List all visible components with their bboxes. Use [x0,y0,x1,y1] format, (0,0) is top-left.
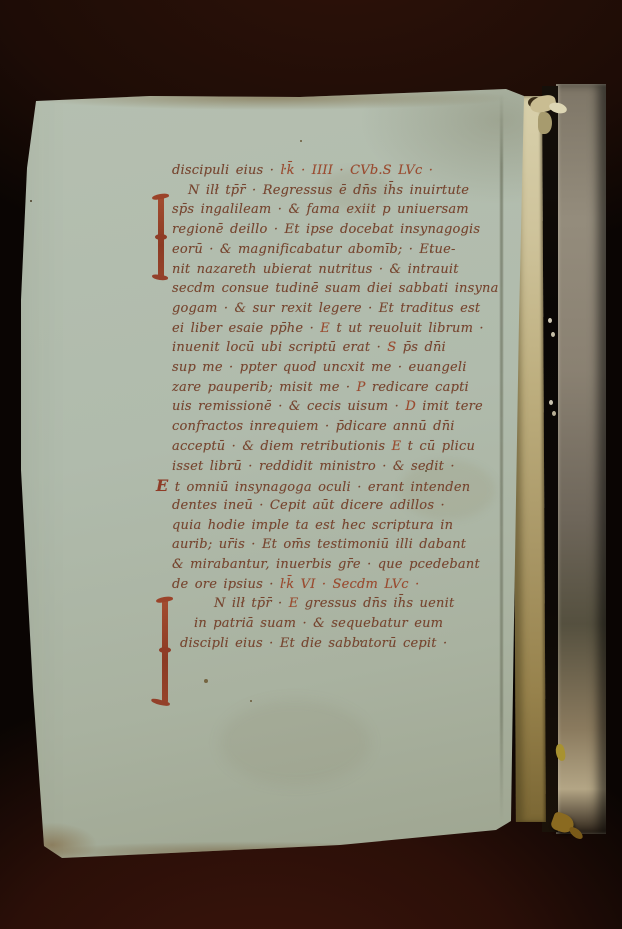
text-segment: ei liber esaie pp̄he · [172,321,320,336]
initial-serif-bottom [152,274,169,281]
binding-stitches [548,318,552,323]
text-segment: confractos inrequiem · p̄dicare annū dn̄… [172,419,455,434]
page-stain [220,700,370,785]
manuscript-line: aurib; ur̄is · Et om̄s testimoniū illi d… [172,536,466,553]
text-segment: & mirabantur, inuerbis gr̄e · que pcedeb… [172,557,480,572]
initial-knot [159,647,171,653]
manuscript-line: quia hodie imple ta est hec scriptura in [172,517,453,534]
manuscript-line: in patriā suam · & sequebatur eum [194,615,443,632]
manuscript-line: regionē deillo · Et ipse docebat insynag… [172,221,480,238]
manuscript-line: E t omniū insynagoga oculi · erant inten… [156,477,470,496]
manuscript-line: N ilł tp̄r̄ · Regressus ē dn̄s ih̄s inui… [188,182,469,199]
text-segment: inuenit locū ubi scriptū erat · [172,340,387,355]
text-segment: secdm consue tudinē suam diei sabbati in… [172,281,499,296]
book-cover-edge [556,84,606,834]
manuscript-line: gogam · & sur rexit legere · Et traditus… [172,300,480,317]
manuscript-line: secdm consue tudinē suam diei sabbati in… [172,280,499,297]
manuscript-line: sup me · ppter quod uncxit me · euangeli [172,359,467,376]
manuscript-line: discipuli eius · ŀk̄ · IIII · CVb.S LVc … [172,162,433,179]
text-segment: p̄s dn̄i [396,340,446,355]
text-segment: gressus dn̄s ih̄s uenit [298,596,454,611]
manuscript-line: nit nazareth ubierat nutritus · & intrau… [172,261,459,278]
text-segment: N ilł tp̄r̄ · [214,596,289,611]
initial-knot [155,234,167,240]
manuscript-line: dentes ineū · Cepit aūt dicere adillos · [172,497,445,514]
text-segment: imit tere [416,399,483,414]
text-segment: regionē deillo · Et ipse docebat insynag… [172,222,480,237]
rubric-segment: ŀk̄ · IIII · CVb.S LVc · [280,163,433,178]
rubric-segment: E [156,476,168,495]
manuscript-line: sp̄s ingalileam · & fama exiit p uniuers… [172,201,469,218]
text-segment: redicare capti [366,380,469,395]
rubric-segment: P [357,380,366,395]
text-segment: t cū plicu [401,439,475,454]
text-segment: zare pauperib; misit me · [172,380,357,395]
text-segment: discipuli eius · [172,163,280,178]
manuscript-line: acceptū · & diem retributionis E t cū pl… [172,438,475,455]
manuscript-line: de ore ipsius · ŀk̄ VI · Secdm LVc · [172,576,419,593]
text-segment: quia hodie imple ta est hec scriptura in [172,518,453,533]
rubric-segment: D [405,399,416,414]
initial-letter-I-first [156,196,166,278]
text-segment: sup me · ppter quod uncxit me · euangeli [172,360,467,375]
manuscript-line: zare pauperib; misit me · P redicare cap… [172,379,469,396]
page-crease [500,94,503,820]
text-segment: t ut reuoluit librum · [330,321,484,336]
text-segment: uis remissionē · & cecis uisum · [172,399,405,414]
manuscript-line: uis remissionē · & cecis uisum · D imit … [172,398,483,415]
text-segment: discipli eius · Et die sabbatorū cepit · [180,636,447,651]
text-segment: aurib; ur̄is · Et om̄s testimoniū illi d… [172,537,466,552]
photo-frame: discipuli eius · ŀk̄ · IIII · CVb.S LVc … [0,0,622,929]
text-segment: isset librū · reddidit ministro · & sedi… [172,459,455,474]
parchment-fragment [538,112,552,134]
rubric-segment: ŀk̄ VI · Secdm LVc · [280,577,419,592]
text-segment: t omniū insynagoga oculi · erant intende… [168,480,470,495]
text-segment: acceptū · & diem retributionis [172,439,392,454]
manuscript-text-block: discipuli eius · ŀk̄ · IIII · CVb.S LVc … [172,162,492,667]
text-segment: nit nazareth ubierat nutritus · & intrau… [172,262,459,277]
text-segment: in patriā suam · & sequebatur eum [194,616,443,631]
rubric-segment: E [320,321,330,336]
manuscript-line: discipli eius · Et die sabbatorū cepit · [180,635,447,652]
initial-letter-I-second [160,599,170,703]
text-segment: gogam · & sur rexit legere · Et traditus… [172,301,480,316]
rubric-segment: E [289,596,299,611]
manuscript-line: isset librū · reddidit ministro · & sedi… [172,458,455,475]
page-specks [300,140,302,142]
manuscript-line: inuenit locū ubi scriptū erat · S p̄s dn… [172,339,446,356]
rubric-segment: E [392,439,402,454]
text-segment: eorū · & magnificabatur abomīb; · Etue- [172,242,456,257]
manuscript-line: confractos inrequiem · p̄dicare annū dn̄… [172,418,455,435]
manuscript-line: ei liber esaie pp̄he · E t ut reuoluit l… [172,320,484,337]
text-segment: dentes ineū · Cepit aūt dicere adillos · [172,498,445,513]
manuscript-line: eorū · & magnificabatur abomīb; · Etue- [172,241,456,258]
text-segment: N ilł tp̄r̄ · Regressus ē dn̄s ih̄s inui… [188,183,469,198]
manuscript-line: N ilł tp̄r̄ · E gressus dn̄s ih̄s uenit [214,595,454,612]
manuscript-line: & mirabantur, inuerbis gr̄e · que pcedeb… [172,556,480,573]
text-segment: sp̄s ingalileam · & fama exiit p uniuers… [172,202,469,217]
text-segment: de ore ipsius · [172,577,280,592]
